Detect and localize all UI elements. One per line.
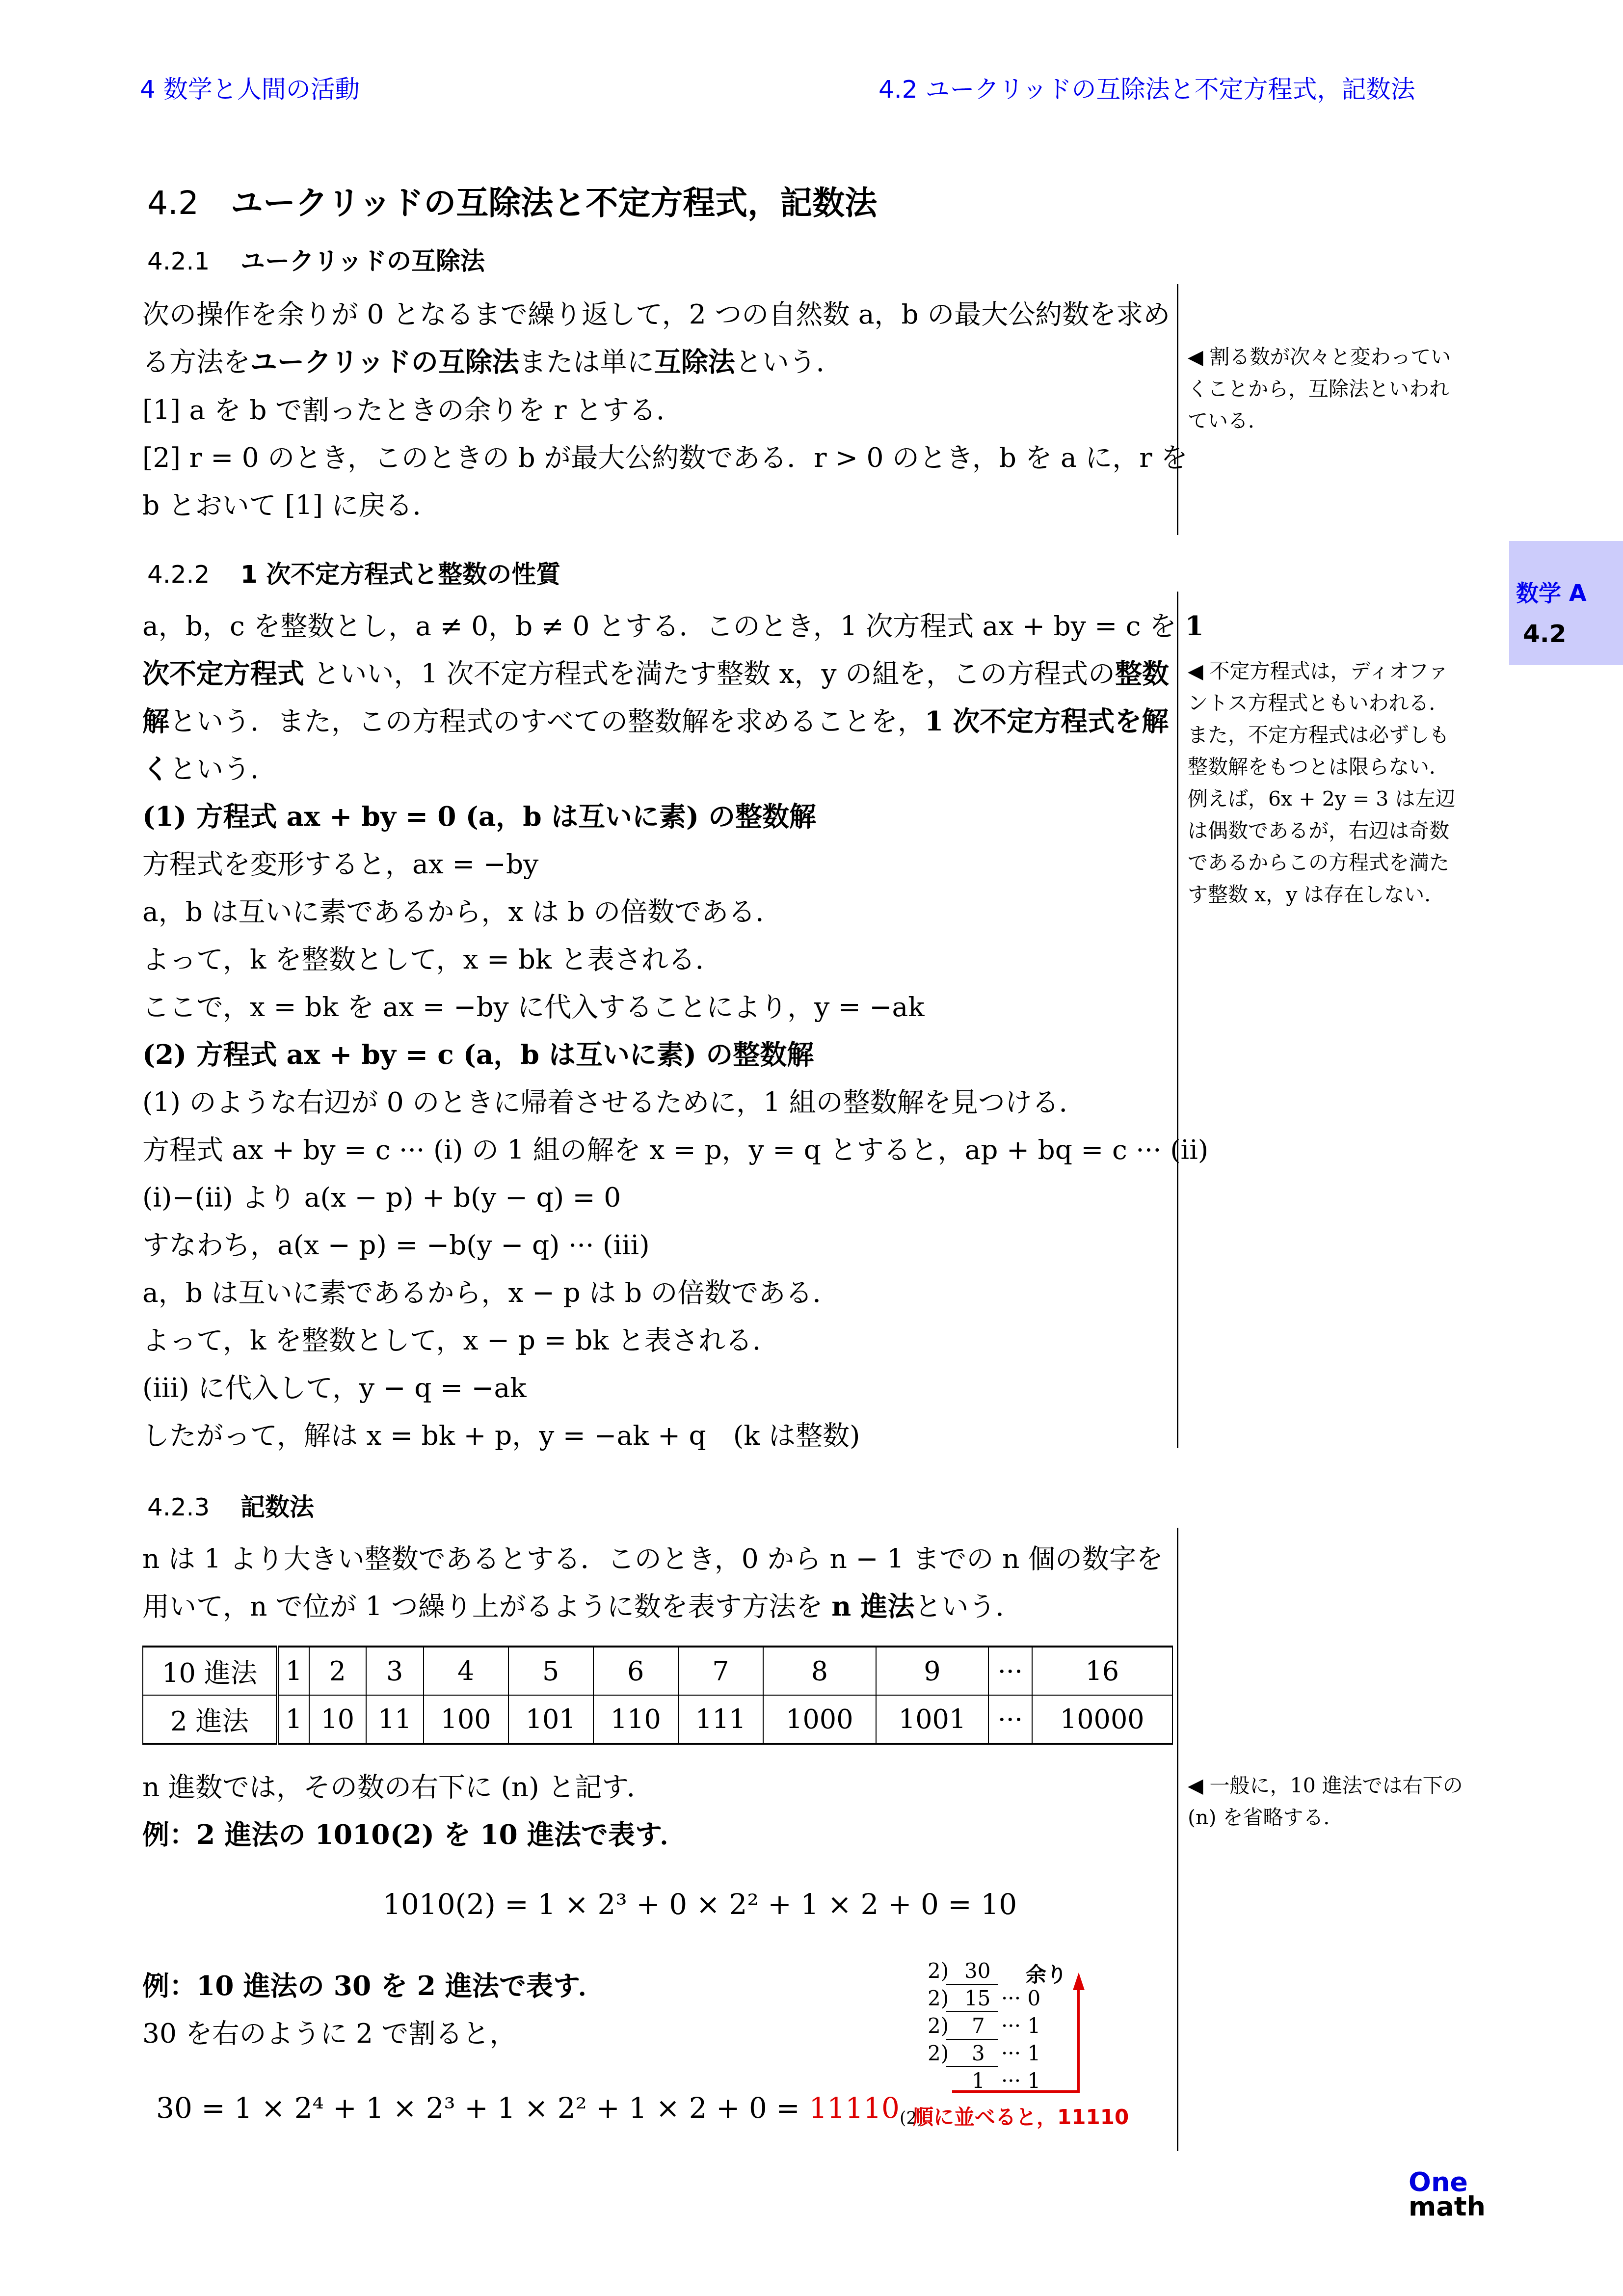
base-conversion-table: 10 進法 1 2 3 4 5 6 7 8 9 ··· 16 2 進法 1 10… [142,1646,1173,1745]
subsection-number: 4.2.3 [147,1493,240,1521]
term-futei: 次不定方程式 [142,657,304,689]
example-2-equation: 30 = 1 × 2⁴ + 1 × 2³ + 1 × 2² + 1 × 2 + … [156,2091,924,2128]
body-line: る方法をユークリッドの互除法または単に互除法という． [142,345,843,379]
term-n-shinho: n 進法 [831,1590,914,1622]
body-line: 用いて，n で位が 1 つ繰り上がるように数を表す方法を n 進法という． [142,1589,1022,1623]
repeated-division-diagram: 2) 30 余り 2) 15 ··· 0 2) 7 ··· 1 2) 3 ···… [928,1959,1173,2121]
case-2-line: よって，k を整数として，x − p = bk と表される． [142,1323,779,1357]
margin-rule [1177,1528,1178,2151]
example-2-title: 例：10 進法の 30 を 2 進法で表す． [142,1969,605,2003]
example-2-text: 30 を右のように 2 で割ると， [142,2016,516,2051]
section-title-text: ユークリッドの互除法と不定方程式，記数法 [231,184,877,222]
side-note-gojoho: ◀ 割る数が次々と変わってい くことから，互除法といわれ ている． [1188,341,1492,437]
red-arrow-icon [1077,1983,1080,2092]
body-line: n は 1 より大きい整数であるとする．このとき，0 から n − 1 までの … [142,1541,1163,1576]
body-line: a，b，c を整数とし，a ≠ 0，b ≠ 0 とする．このとき，1 次方程式 … [142,609,1204,643]
case-1-line: よって，k を整数として，x = bk と表される． [142,942,722,976]
chapter-tab-subject: 数学 A [1516,575,1587,608]
section-number: 4.2 [147,184,231,222]
case-2-line: (iii) に代入して，y − q = −ak [142,1371,527,1405]
body-line: 次不定方程式 といい，1 次不定方程式を満たす整数 x，y の組を，この方程式の… [142,656,1169,691]
notation-rule: n 進数では，その数の右下に (n) と記す． [142,1770,654,1804]
case-2-line: 方程式 ax + by = c ··· (i) の 1 組の解を x = p，y… [142,1133,1208,1167]
running-header-section: 4.2 ユークリッドの互除法と不定方程式，記数法 [878,70,1415,105]
running-header-chapter: 4 数学と人間の活動 [140,70,360,105]
body-line: 次の操作を余りが 0 となるまで繰り返して，2 つの自然数 a，b の最大公約数… [142,297,1170,331]
case-2-line: すなわち，a(x − p) = −b(y − q) ··· (iii) [142,1228,650,1262]
case-1-title: (1) 方程式 ax + by = 0 (a，b は互いに素) の整数解 [142,799,816,834]
subsection-heading-4-2-2: 4.2.21 次不定方程式と整数の性質 [147,555,560,590]
subsection-title: ユークリッドの互除法 [240,247,485,275]
case-2-title: (2) 方程式 ax + by = c (a，b は互いに素) の整数解 [142,1037,814,1072]
step-2: [2] r = 0 のとき，このときの b が最大公約数である．r > 0 のと… [142,440,1188,475]
logo-math: math [1409,2194,1486,2219]
subsection-number: 4.2.1 [147,247,240,275]
row-header: 2 進法 [143,1695,278,1744]
term-euclid: ユークリッドの互除法 [250,346,519,378]
body-line: くという． [142,752,277,786]
binary-result: 11110 [809,2091,900,2125]
subsection-number: 4.2.2 [147,560,240,589]
case-1-line: a，b は互いに素であるから，x は b の倍数である． [142,894,782,929]
division-caption: 順に並べると，11110 [913,2101,1129,2131]
subsection-title: 記数法 [240,1493,314,1521]
margin-rule [1177,284,1178,535]
remainder-header: 余り [1026,1959,1067,1988]
example-1-equation: 1010(2) = 1 × 2³ + 0 × 2² + 1 × 2 + 0 = … [383,1888,1017,1921]
case-1-line: ここで，x = bk を ax = −by に代入することにより，y = −ak [142,990,925,1024]
case-1-line: 方程式を変形すると，ax = −by [142,847,538,881]
case-2-solution: したがって，解は x = bk + p，y = −ak + q (k は整数) [142,1418,860,1453]
chapter-tab-section: 4.2 [1523,620,1567,648]
table-row-decimal: 10 進法 1 2 3 4 5 6 7 8 9 ··· 16 [143,1647,1172,1695]
subsection-heading-4-2-1: 4.2.1ユークリッドの互除法 [147,242,485,277]
row-header: 10 進法 [143,1647,278,1695]
chapter-tab[interactable]: 数学 A 4.2 [1509,541,1623,665]
side-note-base-omit: ◀ 一般に，10 進法では右下の (n) を省略する． [1188,1770,1492,1834]
subsection-title: 1 次不定方程式と整数の性質 [240,560,560,589]
step-1: [1] a を b で割ったときの余りを r とする． [142,393,683,427]
margin-rule [1177,592,1178,1448]
case-2-line: a，b は互いに素であるから，x − p は b の倍数である． [142,1275,839,1310]
section-title: 4.2ユークリッドの互除法と不定方程式，記数法 [147,177,877,223]
table-row-binary: 2 進法 1 10 11 100 101 110 111 1000 1001 ·… [143,1695,1172,1744]
example-1-title: 例：2 進法の 1010(2) を 10 進法で表す． [142,1817,687,1852]
case-2-line: (i)−(ii) より a(x − p) + b(y − q) = 0 [142,1180,621,1215]
case-2-line: (1) のような右辺が 0 のときに帰着させるために，1 組の整数解を見つける． [142,1085,1086,1119]
onemath-logo: One math [1409,2170,1486,2219]
side-note-diophantine: ◀ 不定方程式は，ディオファ ントス方程式ともいわれる． また，不定方程式は必ず… [1188,655,1492,911]
arrow-head-icon [1073,1972,1085,1990]
body-line: 解という．また，この方程式のすべての整数解を求めることを，1 次不定方程式を解 [142,704,1169,738]
step-2-cont: b とおいて [1] に戻る． [142,488,440,522]
subsection-heading-4-2-3: 4.2.3記数法 [147,1487,314,1523]
term-gojoho: 互除法 [654,346,735,378]
